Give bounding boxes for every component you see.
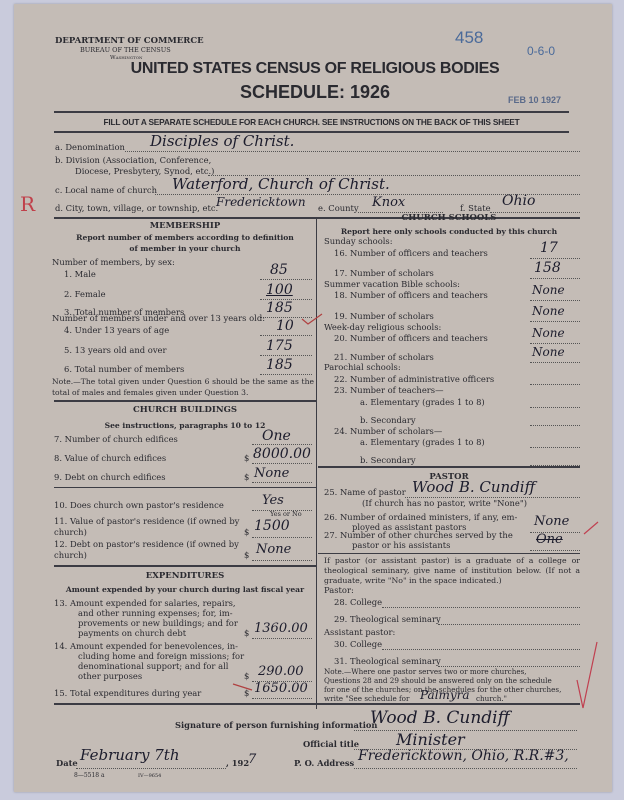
weekday-schools-label: Week-day religious schools:: [324, 322, 441, 332]
red-check-q27-icon: [582, 520, 600, 538]
q8-value-field[interactable]: 8000.00: [253, 446, 311, 462]
q13-running-expenses-field[interactable]: 1360.00: [254, 621, 308, 636]
q8-label: 8. Value of church edifices: [54, 453, 166, 463]
q5-over13-field[interactable]: 175: [266, 338, 293, 354]
date-label: Date: [56, 758, 78, 768]
q17-scholars-field[interactable]: 158: [534, 260, 561, 276]
q26-assistants-field[interactable]: None: [534, 514, 569, 529]
pastor-note-1: Note.—Where one pastor serves two or mor…: [324, 667, 527, 676]
q23b-label: b. Secondary: [360, 415, 416, 425]
q3-total-field[interactable]: 185: [266, 300, 293, 316]
form-number: 8—5518 a: [74, 772, 105, 779]
q20-label: 20. Number of officers and teachers: [334, 333, 488, 343]
q13-label-2: and other running expenses; for, im-: [78, 608, 233, 618]
church-schools-subheading: Report here only schools conducted by th…: [318, 227, 580, 236]
general-instructions: FILL OUT A SEPARATE SCHEDULE FOR EACH CH…: [54, 117, 569, 127]
state-field[interactable]: Ohio: [502, 193, 535, 209]
q28-college-field[interactable]: [382, 606, 580, 608]
official-title-label: Official title: [303, 739, 359, 749]
pastor-note-4-prefix: write "See schedule for: [324, 694, 409, 703]
q30-label: 30. College: [334, 639, 382, 649]
q21-label: 21. Number of scholars: [334, 352, 434, 362]
q18-label: 18. Number of officers and teachers: [334, 290, 488, 300]
q14-label-1: 14. Amount expended for benevolences, in…: [54, 641, 238, 651]
q19-label: 19. Number of scholars: [334, 311, 434, 321]
po-address-label: P. O. Address: [294, 758, 354, 768]
see-schedule-for-field[interactable]: Palmyra: [420, 688, 470, 702]
q14-label-2: cluding home and foreign missions; for: [78, 651, 244, 661]
graduate-note: If pastor (or assistant pastor) is a gra…: [324, 556, 580, 586]
q27-label-2: pastor or his assistants: [352, 540, 450, 550]
city-field[interactable]: Fredericktown: [216, 195, 306, 209]
q21-scholars-field[interactable]: None: [532, 345, 565, 359]
pastor-sublabel: Pastor:: [324, 585, 354, 595]
sunday-schools-label: Sunday schools:: [324, 236, 393, 246]
q22-label: 22. Number of administrative officers: [334, 374, 494, 384]
q23b-field[interactable]: [530, 424, 580, 426]
q12-label: 12. Debt on pastor's residence (if owned…: [54, 539, 244, 561]
membership-note: Note.—The total given under Question 6 s…: [52, 376, 314, 398]
q2-label: 2. Female: [64, 289, 106, 299]
denomination-label: a. Denomination: [55, 142, 125, 152]
q5-label: 5. 13 years old and over: [64, 345, 167, 355]
membership-heading: MEMBERSHIP: [54, 221, 316, 231]
membership-subheading: Report number of members according to de…: [54, 232, 316, 254]
q14-benevolences-field[interactable]: 290.00: [258, 664, 304, 679]
q29-label: 29. Theological seminary: [334, 614, 441, 624]
summer-schools-label: Summer vacation Bible schools:: [324, 279, 460, 289]
department-label: DEPARTMENT OF COMMERCE: [55, 36, 204, 46]
q23a-field[interactable]: [530, 406, 580, 408]
local-name-field[interactable]: Waterford, Church of Christ.: [172, 175, 390, 193]
q4-under13-field[interactable]: 10: [276, 318, 294, 334]
state-label: f. State: [460, 203, 491, 213]
q10-label: 10. Does church own pastor's residence: [54, 500, 224, 510]
q15-total-field[interactable]: 1650.00: [254, 681, 308, 696]
assistant-pastor-sublabel: Assistant pastor:: [324, 627, 395, 637]
q29-seminary-field[interactable]: [438, 623, 580, 625]
q2-female-field[interactable]: 100: [266, 282, 293, 298]
q23-label: 23. Number of teachers—: [334, 385, 443, 395]
q14-label-4: other purposes: [78, 671, 142, 681]
margin-mark-r: R: [20, 192, 35, 216]
q24b-label: b. Secondary: [360, 455, 416, 465]
q31-label: 31. Theological seminary: [334, 656, 441, 666]
q11-label: 11. Value of pastor's residence (if owne…: [54, 516, 244, 538]
signature-field[interactable]: Wood B. Cundiff: [370, 708, 510, 728]
q1-male-field[interactable]: 85: [270, 262, 288, 278]
print-code: IV—9654: [138, 773, 161, 779]
q25-label: 25. Name of pastor: [324, 487, 406, 497]
q16-officers-field[interactable]: 17: [540, 240, 558, 256]
yes-no-hint: Yes or No: [270, 510, 302, 518]
q13-label-3: provements or new buildings; and for: [78, 618, 238, 628]
form-title: UNITED STATES CENSUS OF RELIGIOUS BODIES: [120, 60, 510, 78]
q25-pastor-name-field[interactable]: Wood B. Cundiff: [412, 478, 535, 496]
year-field[interactable]: 7: [248, 752, 256, 767]
schedule-number: 458: [455, 28, 483, 48]
church-schools-heading: CHURCH SCHOOLS: [318, 213, 580, 223]
q20-officers-field[interactable]: None: [532, 326, 565, 340]
parochial-schools-label: Parochial schools:: [324, 362, 401, 372]
buildings-heading: CHURCH BUILDINGS: [54, 405, 316, 415]
q13-label-4: payments on church debt: [78, 628, 186, 638]
q6-total-field[interactable]: 185: [266, 357, 293, 373]
red-check-margin-icon: [575, 640, 599, 710]
q27-label-1: 27. Number of other churches served by t…: [324, 530, 513, 540]
local-name-label: c. Local name of church: [55, 185, 157, 195]
q16-label: 16. Number of officers and teachers: [334, 248, 488, 258]
pastor-note-4-suffix: church.": [476, 694, 507, 703]
q24a-field[interactable]: [530, 446, 580, 448]
expenditures-subheading: Amount expended by your church during la…: [54, 585, 316, 594]
q17-label: 17. Number of scholars: [334, 268, 434, 278]
q15-label: 15. Total expenditures during year: [54, 688, 201, 698]
q22-field[interactable]: [530, 383, 580, 385]
q28-label: 28. College: [334, 597, 382, 607]
q9-label: 9. Debt on church edifices: [54, 472, 166, 482]
q7-edifices-field[interactable]: One: [262, 428, 291, 444]
red-check-q3-icon: [300, 312, 324, 326]
bureau-label: BUREAU OF THE CENSUS: [80, 46, 171, 54]
po-address-field[interactable]: Fredericktown, Ohio, R.R.#3,: [358, 748, 569, 764]
signature-label: Signature of person furnishing informati…: [175, 720, 377, 730]
county-label: e. County: [318, 203, 359, 213]
q9-debt-field[interactable]: None: [254, 466, 289, 481]
q4-label: 4. Under 13 years of age: [64, 325, 169, 335]
city-label: d. City, town, village, or township, etc…: [55, 203, 218, 213]
members-by-age-label: Number of members under and over 13 year…: [52, 313, 265, 323]
q13-label-1: 13. Amount expended for salaries, repair…: [54, 598, 236, 608]
q11-residence-value-field[interactable]: 1500: [254, 518, 290, 534]
pastor-note-2: Questions 28 and 29 should be answered o…: [324, 676, 552, 685]
q14-label-3: denominational support; and for all: [78, 661, 228, 671]
q6-label: 6. Total number of members: [64, 364, 184, 374]
q24a-label: a. Elementary (grades 1 to 8): [360, 437, 485, 447]
q1-label: 1. Male: [64, 269, 96, 279]
q30-college-field[interactable]: [382, 648, 580, 650]
q7-label: 7. Number of church edifices: [54, 434, 178, 444]
q26-label-1: 26. Number of ordained ministers, if any…: [324, 512, 517, 522]
q10-residence-field[interactable]: Yes: [262, 493, 284, 508]
expenditures-heading: EXPENDITURES: [54, 571, 316, 581]
received-date-stamp: FEB 10 1927: [508, 95, 561, 105]
red-arrow-total-icon: [232, 682, 254, 692]
form-subtitle: SCHEDULE: 1926: [220, 82, 410, 103]
q12-residence-debt-field[interactable]: None: [256, 542, 291, 557]
county-field[interactable]: Knox: [372, 195, 405, 210]
members-by-sex-label: Number of members, by sex:: [52, 257, 175, 267]
date-field[interactable]: February 7th: [80, 746, 180, 764]
division-label-1: b. Division (Association, Conference,: [55, 155, 211, 165]
q19-scholars-field[interactable]: None: [532, 304, 565, 318]
q25-hint: (If church has no pastor, write "None"): [362, 498, 527, 508]
q23a-label: a. Elementary (grades 1 to 8): [360, 397, 485, 407]
q18-officers-field[interactable]: None: [532, 283, 565, 297]
official-title-field[interactable]: Minister: [396, 730, 465, 749]
q24-label: 24. Number of scholars—: [334, 426, 442, 436]
classification-code: 0-6-0: [527, 44, 555, 58]
year-prefix: , 192: [226, 758, 249, 768]
q27-other-churches-field[interactable]: One: [536, 532, 563, 547]
denomination-field[interactable]: Disciples of Christ.: [150, 132, 294, 150]
